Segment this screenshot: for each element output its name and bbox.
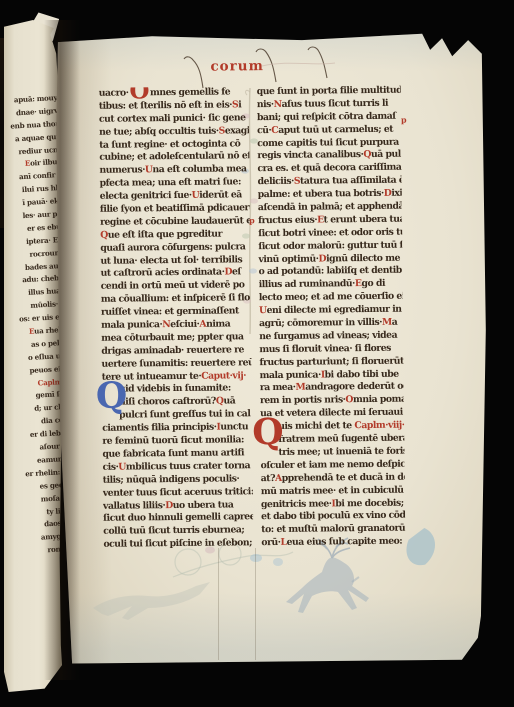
rubric-text: Q: [363, 149, 371, 160]
ink-text: ra mea·: [260, 382, 296, 393]
ink-text: aſcendā in palmā; et apphendā: [258, 201, 402, 214]
ink-text: cis·: [103, 461, 119, 472]
ink-text: fructus parturiunt; ſi floruerūt: [259, 355, 403, 368]
ink-text: uis michi det te: [278, 420, 354, 432]
ink-text: mbilicus tuus crater torna: [126, 460, 250, 472]
ink-text: pulcri ſunt greſſus tui in cal: [119, 409, 250, 421]
ink-text: to: et muſtū malorū granatorū me: [261, 523, 405, 536]
ink-text: regis vincta canalibus·: [257, 149, 363, 161]
ink-text: nima: [206, 318, 230, 329]
ink-text: mnia poma no: [353, 394, 404, 406]
rubric-text: M: [382, 317, 392, 328]
text-line: orū·Leua eius ſub capite meo:: [261, 536, 405, 550]
ink-text: tilis; nūquā indigens poculis·: [103, 473, 240, 485]
ink-text: cra es. et quā decora cariſſima in: [257, 162, 401, 175]
ink-text: rem in portis nris·: [260, 395, 346, 407]
ink-text: apuā: mouy: [14, 93, 58, 104]
ink-text: unctu: [220, 421, 248, 432]
ink-text: ſicut duo hinnuli gemelli capree·: [103, 512, 253, 525]
ink-text: bi me docebis;: [335, 497, 403, 509]
ink-text: collū tuū ſicut turris eburnea;: [103, 525, 244, 537]
ink-text: ut luna· electa ut ſol· terribilis: [100, 254, 242, 266]
ink-text: a: [392, 317, 398, 328]
drop-cap-red: Q: [252, 414, 284, 450]
ink-text: t erunt ubera tua: [324, 214, 403, 226]
ink-text: exagi: [225, 125, 249, 136]
ink-text: ne tue; abſq occultis tuis·: [99, 125, 219, 137]
ink-text: mala punica·: [260, 369, 321, 381]
ink-text: tibus: et ſterilis nō eſt in eis·: [99, 99, 232, 111]
ink-text: et dabo tibi poculū ex vino cōdi: [261, 510, 405, 523]
rubric-text: Q: [216, 396, 224, 407]
ink-text: eni dilecte mi egrediamur in: [267, 304, 402, 316]
ink-text: oir ilbus: [30, 157, 61, 168]
ink-text: eſ: [232, 267, 241, 278]
ink-text: come capitis tui ſicut purpura: [257, 136, 399, 148]
ink-text: oſculer et iam me nemo deſpici: [261, 458, 405, 471]
rubric-text: D: [318, 253, 326, 264]
ink-text: at?: [261, 473, 275, 484]
ink-text: enb nua thor: [10, 119, 59, 131]
ink-text: pfecta mea; una eſt matri ſue:: [100, 177, 241, 189]
ink-text: palme: et ubera tua botris·: [258, 188, 384, 200]
ink-text: tatura tua aſſimilata ē: [300, 175, 402, 187]
ink-text: iderūt eā: [199, 189, 242, 200]
ink-text: lecto meo; et ad me cōuerſio eius·: [259, 291, 403, 304]
rubric-text: N: [274, 99, 282, 110]
running-title: corum: [210, 58, 264, 75]
ink-text: uacro·: [99, 87, 129, 98]
ink-text: na eſt columba mea: [152, 164, 246, 176]
ink-text: nis·: [257, 99, 274, 110]
ink-text: cubine; et adoleſcentularū nō eſt: [99, 151, 249, 164]
ink-text: mala punica·: [101, 319, 162, 331]
ink-text: uā: [223, 396, 235, 407]
ink-text: dnae· uigrv: [16, 106, 59, 117]
ink-text: ruiſſet vinea: et germinaſſent: [101, 305, 239, 317]
ink-text: cū·: [257, 125, 271, 136]
drop-cap-blue: Q: [96, 377, 128, 413]
text-line: oculi tui ſicut piſcine in eſebon;: [103, 537, 253, 551]
ink-text: electa genitrici ſue·: [100, 190, 192, 202]
ink-text: ciamentis filia principis·: [102, 422, 216, 434]
ink-text: filie ſyon et beatiſſimā pdicauerūt:: [100, 202, 250, 215]
ink-text: mea cōturbauit me; ppter qua: [101, 331, 243, 343]
ink-text: orū·: [261, 537, 280, 548]
ink-text: mū matris mee· et in cubiculū: [261, 484, 404, 496]
ink-text: oculi tui ſicut piſcine in eſebon;: [103, 537, 252, 550]
ink-text: bani; qui reſpicit cōtra damaſ: [257, 110, 396, 122]
ink-text: ſicut odor malorū: guttur tuū ſic: [258, 239, 402, 252]
ink-text: eua eius ſub capite meo:: [287, 536, 403, 548]
ink-text: ut caſtrorū acies ordinata·: [101, 267, 225, 279]
ink-text: uā pul: [371, 149, 401, 160]
ink-text: go di: [361, 278, 385, 289]
ink-text: mus ſi floruit vinea· ſi flores: [259, 343, 391, 355]
ink-text: agrū; cōmoremur in villis·: [259, 317, 382, 329]
ink-text: illius ad ruminandū·: [259, 278, 355, 290]
ink-text: ne ſurgamus ad vineas; videa: [259, 330, 397, 342]
ink-text: tris mee; ut inueniā te foris et de: [278, 446, 404, 458]
ink-text: i: [238, 99, 241, 110]
ink-text: quaſi aurora cōſurgens: pulcra: [100, 241, 245, 254]
text-column-right: que ſunt in porta filie multitudīnis·Naſ…: [257, 85, 406, 551]
text-block: corum uacro·Omnes gemellis fetibus: et ſ…: [50, 24, 499, 673]
ink-text: ilui rus hla: [22, 183, 63, 194]
ink-text: vallatus liliis·: [103, 500, 165, 512]
ink-text: deliciis·: [258, 176, 294, 187]
ink-text: aput tuū ut carmelus; et: [278, 123, 393, 135]
rubric-text: D: [165, 500, 173, 511]
text-column-left: uacro·Omnes gemellis fetibus: et ſterili…: [99, 86, 254, 552]
rubric-text: U: [145, 165, 153, 176]
manuscript-photo: apuā: mouydnae· uigrvenb nua thora aquae…: [0, 0, 514, 707]
ink-text: uid videbis in ſunamite:: [119, 383, 231, 395]
main-page: corum uacro·Omnes gemellis fetibus: et ſ…: [50, 26, 492, 670]
rubric-text: Caput·vij·: [201, 370, 246, 381]
ink-text: genitricis mee·: [261, 498, 332, 510]
ink-text: niſi choros caſtrorū?: [119, 396, 216, 408]
ink-text: ixi·: [391, 188, 402, 199]
ink-text: ma cōuallium: et inſpicerē ſi flo: [101, 292, 250, 305]
ink-text: vinū optimū·: [258, 253, 318, 265]
margin-correction-mark: p: [401, 115, 407, 125]
ink-text: ſicut botri vinee: et odor oris tui: [258, 226, 402, 239]
ink-text: fructus eius·: [258, 214, 317, 226]
ink-text: ue eſt iſta que pgreditur: [108, 228, 222, 240]
ink-text: rediur ucm: [18, 144, 60, 155]
ink-text: a aquae qur: [15, 132, 60, 143]
ink-text: o ad potandū: labiiſq et dentib: [259, 265, 402, 277]
margin-correction-mark: p: [249, 215, 255, 225]
margin-marks: pp: [50, 24, 492, 29]
inline-initial: O: [129, 86, 149, 100]
ink-text: que ſunt in porta filie multitudī: [257, 85, 401, 98]
ink-text: fratrem meū ſugentē ubera ma: [278, 433, 404, 445]
ink-text: ignū dilecto me: [326, 252, 400, 264]
ink-text: numerus·: [99, 165, 145, 176]
ink-text: re feminū tuorū ſicut monilia:: [102, 434, 244, 446]
ink-text: que fabricata ſunt manu artifi: [102, 447, 244, 459]
ink-text: anī confir a: [19, 170, 62, 181]
rubric-text: Caplm·viij·: [354, 420, 404, 432]
rubric-text: Q: [100, 230, 108, 241]
rubric-text: U: [259, 305, 267, 316]
facing-page-edge: apuā: mouydnae· uigrvenb nua thora aquae…: [4, 20, 62, 692]
ink-text: andragore dederūt odo: [305, 381, 404, 393]
ink-text: venter tuus ſicut aceruus tritici:: [103, 486, 253, 499]
ink-text: eſciui·: [170, 319, 199, 330]
ink-text: regine et cōcubine laudauerūt eā·: [100, 215, 250, 228]
ink-text: cendi in ortū meū ut viderē po: [101, 280, 245, 293]
ink-text: cut cortex mali punici· ſic gene: [99, 112, 246, 125]
ink-text: uo ubera tua: [173, 499, 234, 511]
ink-text: pprehendā te et ducā in do: [282, 471, 405, 483]
rubric-text: D: [384, 188, 392, 199]
ink-text: aſus tuus ſicut turris li: [282, 98, 389, 110]
ink-text: mnes gemellis fe: [150, 86, 230, 98]
ink-text: ta ſunt regine· et octoginta cō: [99, 138, 240, 150]
ink-text: drigas aminadab· reuertere re: [101, 344, 244, 356]
ink-text: uertere ſunamitis: reuertere reū: [101, 357, 251, 370]
ink-text: bi dabo tibi ube: [325, 368, 399, 380]
text-line: regine et cōcubine laudauerūt eā·: [100, 215, 250, 229]
